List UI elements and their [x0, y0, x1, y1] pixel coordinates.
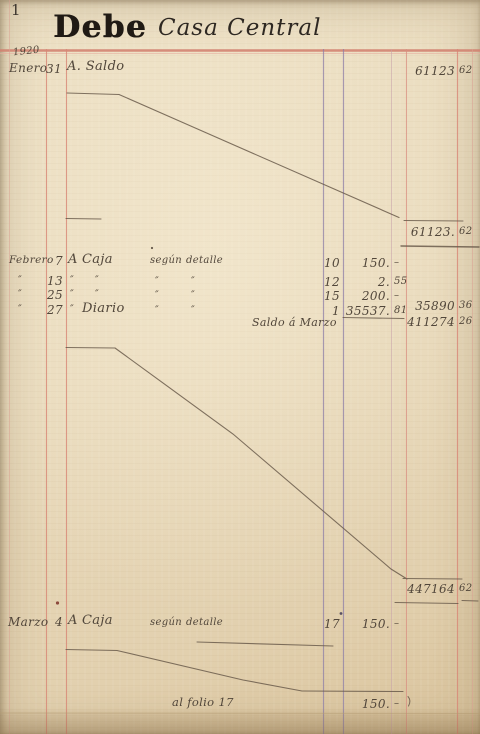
entry-ref: A [68, 614, 78, 627]
saldo-label: Saldo á Marzo [252, 317, 337, 328]
ink-speck-red [56, 601, 59, 604]
entry-amount-units: 150. [338, 618, 390, 630]
entry-detail: detalle [186, 256, 223, 266]
entry-amount-units: 150. [338, 257, 390, 269]
total-amount-cents: 62 [459, 227, 472, 237]
entry-description: A. Saldo [67, 60, 124, 73]
total-amount-units: 447164 [400, 583, 455, 595]
row-rule-marzo [197, 642, 333, 646]
footer-note: al folio 17 [172, 697, 234, 709]
ditto-mark: ″ [70, 276, 74, 286]
entry-amount-cents: – [394, 699, 399, 709]
ditto-mark: ″ [70, 290, 74, 300]
ditto-mark: ″ [191, 291, 195, 301]
ditto-mark: ″ [70, 305, 74, 315]
entry-month: Marzo [8, 616, 48, 628]
entry-amount-units: 150. [338, 698, 390, 710]
total-rule-below-2b [462, 601, 478, 602]
cancel-line-2-start [66, 348, 115, 349]
ledger-title: Debe [53, 12, 147, 43]
account-name: Casa Central [158, 17, 321, 40]
saldo-amount-units: 411274 [400, 316, 455, 328]
entry-amount-units: 2. [338, 276, 390, 288]
entry-amount-units: 200. [338, 290, 390, 302]
entry-ref: A [68, 253, 78, 266]
ledger-page: 1 Debe Casa Central 1920 Enero 31 A. Sal… [0, 0, 480, 734]
entry-day: 25 [44, 289, 63, 301]
tick-mark [408, 697, 410, 707]
ink-speck-blue [340, 612, 343, 615]
entry-day: 13 [44, 275, 63, 287]
entry-detail: detalle [186, 618, 223, 628]
entry-detail: según [150, 618, 182, 628]
ditto-mark: ″ [155, 306, 159, 316]
ink-speck [151, 247, 153, 249]
entry-amount-units: 61123 [404, 65, 455, 77]
total-amount-cents: 36 [459, 301, 472, 311]
entry-day: 4 [44, 616, 63, 628]
entry-amount-cents: 62 [459, 66, 472, 76]
ditto-mark: ″ [191, 277, 195, 287]
total-amount-units: 61123. [402, 226, 455, 238]
total-amount-units: 35890 [402, 300, 455, 312]
total-amount-cents: 62 [459, 584, 472, 594]
total-rule-below-2 [395, 603, 458, 604]
cancel-line-2 [115, 348, 407, 579]
entry-account: Caja [82, 614, 113, 627]
entry-day: 7 [44, 255, 63, 267]
ditto-mark: ″ [191, 306, 195, 316]
entry-amount-cents: – [394, 291, 399, 301]
footer-rule [302, 691, 403, 692]
entry-account: Diario [82, 302, 125, 315]
entry-amount-units: 35537. [338, 305, 390, 317]
entry-amount-cents: – [394, 258, 399, 268]
ditto-mark: ″ [18, 276, 22, 286]
entry-month: Enero [9, 62, 47, 74]
cancel-line-1 [119, 95, 399, 218]
year-note: 1920 [13, 46, 41, 59]
entry-detail: según [150, 256, 182, 266]
page-bottom-edge [0, 708, 480, 734]
entry-account: Caja [82, 253, 113, 266]
sum-stroke-1 [66, 219, 101, 220]
cancel-line-3 [117, 651, 302, 692]
entry-day: 31 [44, 63, 62, 75]
entry-amount-cents: – [394, 619, 399, 629]
ditto-mark: ″ [95, 290, 99, 300]
ditto-mark: ″ [18, 290, 22, 300]
ditto-mark: ″ [155, 291, 159, 301]
total-rule-above-1 [404, 221, 463, 222]
total-rule-above-2 [403, 579, 462, 580]
cancel-line-3-start [66, 650, 117, 651]
entry-day: 27 [44, 304, 63, 316]
cancel-line-1-start [67, 93, 119, 95]
ditto-mark: ″ [18, 305, 22, 315]
saldo-amount-cents: 26 [459, 317, 472, 327]
entry-amount-cents: 55 [394, 277, 407, 287]
total-rule-below-1 [401, 246, 479, 247]
ditto-mark: ″ [155, 277, 159, 287]
ditto-mark: ″ [95, 276, 99, 286]
folio-number: 1 [11, 3, 21, 18]
